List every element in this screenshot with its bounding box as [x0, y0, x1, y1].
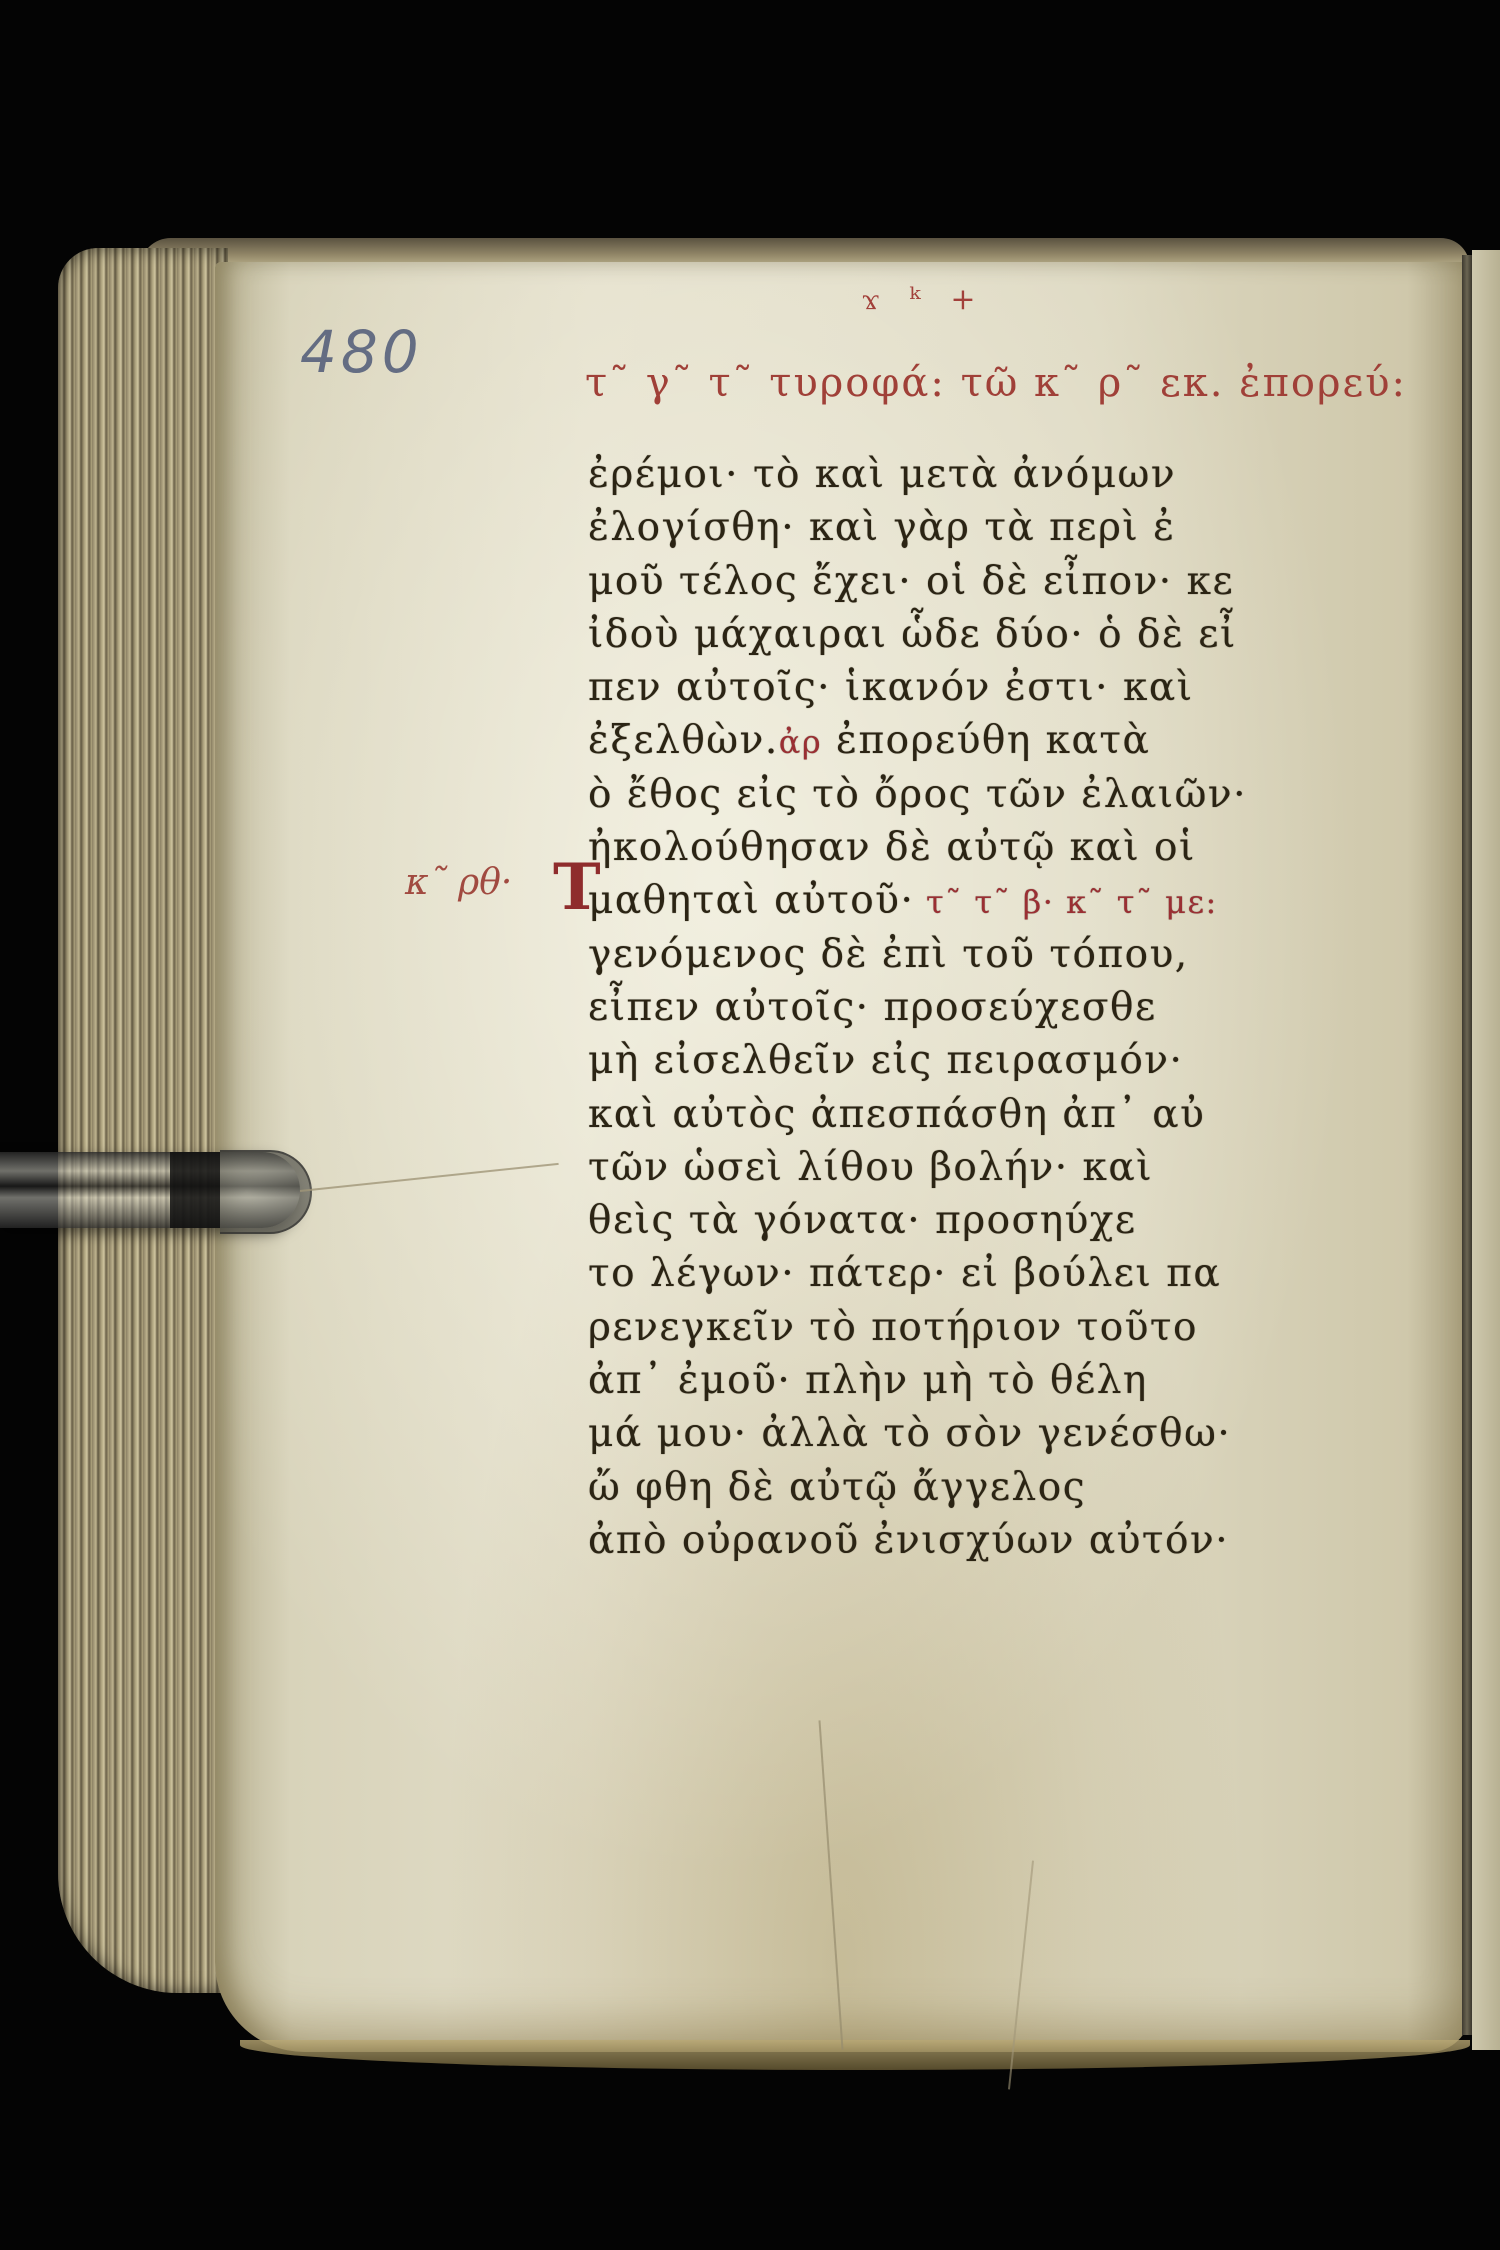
- line-text: μοῦ τέλος ἔχει· οἱ δὲ εἶπον· κε: [588, 559, 1234, 604]
- text-line: ἀπὸ οὐρανοῦ ἐνισχύων αὐτόν·: [588, 1514, 1388, 1567]
- header-rubric: τ῀ γ῀ τ῀ τυροφά: τῶ κ῀ ρ῀ εκ. ἐπορεύ:: [585, 360, 1407, 406]
- line-text: το λέγων· πάτερ· εἰ βούλει πα: [588, 1251, 1221, 1296]
- inline-rubric: τ῀ τ῀ β· κ῀ τ῀ με:: [914, 883, 1217, 921]
- line-text: ἐπορεύθη κατὰ: [822, 718, 1150, 763]
- gutter: [1462, 255, 1472, 2035]
- text-line: μοῦ τέλος ἔχει· οἱ δὲ εἶπον· κε: [588, 555, 1388, 608]
- text-line: ἐρέμοι· τὸ καὶ μετὰ ἀνόμων: [588, 448, 1388, 501]
- rod-band: [170, 1152, 220, 1228]
- text-line: μά μου· ἀλλὰ τὸ σὸν γενέσθω·: [588, 1407, 1388, 1460]
- text-column: ἐρέμοι· τὸ καὶ μετὰ ἀνόμων ἐλογίσθη· καὶ…: [588, 448, 1388, 1567]
- text-line: τῶν ὡσεὶ λίθου βολήν· καὶ: [588, 1141, 1388, 1194]
- line-text: ἀπὸ οὐρανοῦ ἐνισχύων αὐτόν·: [588, 1518, 1229, 1563]
- line-text: ρενεγκεῖν τὸ ποτήριον τοῦτο: [588, 1305, 1198, 1350]
- line-text: καὶ αὐτὸς ἀπεσπάσθη ἀπ᾽ αὐ: [588, 1092, 1205, 1137]
- text-line: ἐξελθὼν.ἀρ ἐπορεύθη κατὰ: [588, 714, 1388, 767]
- line-text: γενόμενος δὲ ἐπὶ τοῦ τόπου,: [588, 932, 1189, 977]
- text-line: ἠκολούθησαν δὲ αὐτῷ καὶ οἱ: [588, 821, 1388, 874]
- text-line: μὴ εἰσελθεῖν εἰς πειρασμόν·: [588, 1034, 1388, 1087]
- text-line: ρενεγκεῖν τὸ ποτήριον τοῦτο: [588, 1301, 1388, 1354]
- line-text: ἐρέμοι· τὸ καὶ μετὰ ἀνόμων: [588, 452, 1176, 497]
- line-text: ὤ φθη δὲ αὐτῷ ἄγγελος: [588, 1465, 1086, 1510]
- text-line: ὤ φθη δὲ αὐτῷ ἄγγελος: [588, 1461, 1388, 1514]
- line-text: ἰδοὺ μάχαιραι ὧδε δύο· ὁ δὲ εἶ: [588, 612, 1237, 657]
- text-line: το λέγων· πάτερ· εἰ βούλει πα: [588, 1247, 1388, 1300]
- text-line: ἀπ᾽ ἐμοῦ· πλὴν μὴ τὸ θέλη: [588, 1354, 1388, 1407]
- folio-number: 480: [300, 318, 423, 386]
- line-text: ἠκολούθησαν δὲ αὐτῷ καὶ οἱ: [588, 825, 1196, 870]
- margin-note: κ῀ ρθ·: [405, 862, 512, 903]
- line-text: ἀπ᾽ ἐμοῦ· πλὴν μὴ τὸ θέλη: [588, 1358, 1148, 1403]
- line-text: μά μου· ἀλλὰ τὸ σὸν γενέσθω·: [588, 1411, 1231, 1456]
- text-line: ἐλογίσθη· καὶ γὰρ τὰ περὶ ἐ: [588, 501, 1388, 554]
- inline-rubric: ἀρ: [779, 723, 822, 761]
- text-line: καὶ αὐτὸς ἀπεσπάσθη ἀπ᾽ αὐ: [588, 1088, 1388, 1141]
- line-text: ἐξελθὼν.: [588, 718, 779, 763]
- page-stack-fore-edge: [58, 248, 228, 1993]
- text-line: γενόμενος δὲ ἐπὶ τοῦ τόπου,: [588, 928, 1388, 981]
- line-text: θεὶς τὰ γόνατα· προσηύχε: [588, 1198, 1137, 1243]
- line-text: εἶπεν αὐτοῖς· προσεύχεσθε: [588, 985, 1157, 1030]
- top-mark: ϫᵏ: [862, 282, 950, 317]
- line-text: μαθηταὶ αὐτοῦ·: [588, 878, 914, 923]
- text-line: πεν αὐτοῖς· ἱκανόν ἐστι· καὶ: [588, 661, 1388, 714]
- text-line: εἶπεν αὐτοῖς· προσεύχεσθε: [588, 981, 1388, 1034]
- next-page-edge: [1472, 250, 1500, 2050]
- text-line: θεὶς τὰ γόνατα· προσηύχε: [588, 1194, 1388, 1247]
- line-text: τῶν ὡσεὶ λίθου βολήν· καὶ: [588, 1145, 1153, 1190]
- rod-tip: [220, 1150, 312, 1234]
- text-line: ἰδοὺ μάχαιραι ὧδε δύο· ὁ δὲ εἶ: [588, 608, 1388, 661]
- cross-mark: +: [950, 282, 1005, 317]
- line-text: μὴ εἰσελθεῖν εἰς πειρασμόν·: [588, 1038, 1183, 1083]
- text-line: μαθηταὶ αὐτοῦ· τ῀ τ῀ β· κ῀ τ῀ με:: [588, 874, 1388, 927]
- line-text: ὸ ἔθος εἰς τὸ ὄρος τῶν ἐλαιῶν·: [588, 772, 1247, 817]
- top-marks: ϫᵏ+: [862, 282, 1006, 317]
- text-line: ὸ ἔθος εἰς τὸ ὄρος τῶν ἐλαιῶν·: [588, 768, 1388, 821]
- line-text: πεν αὐτοῖς· ἱκανόν ἐστι· καὶ: [588, 665, 1193, 710]
- line-text: ἐλογίσθη· καὶ γὰρ τὰ περὶ ἐ: [588, 505, 1176, 550]
